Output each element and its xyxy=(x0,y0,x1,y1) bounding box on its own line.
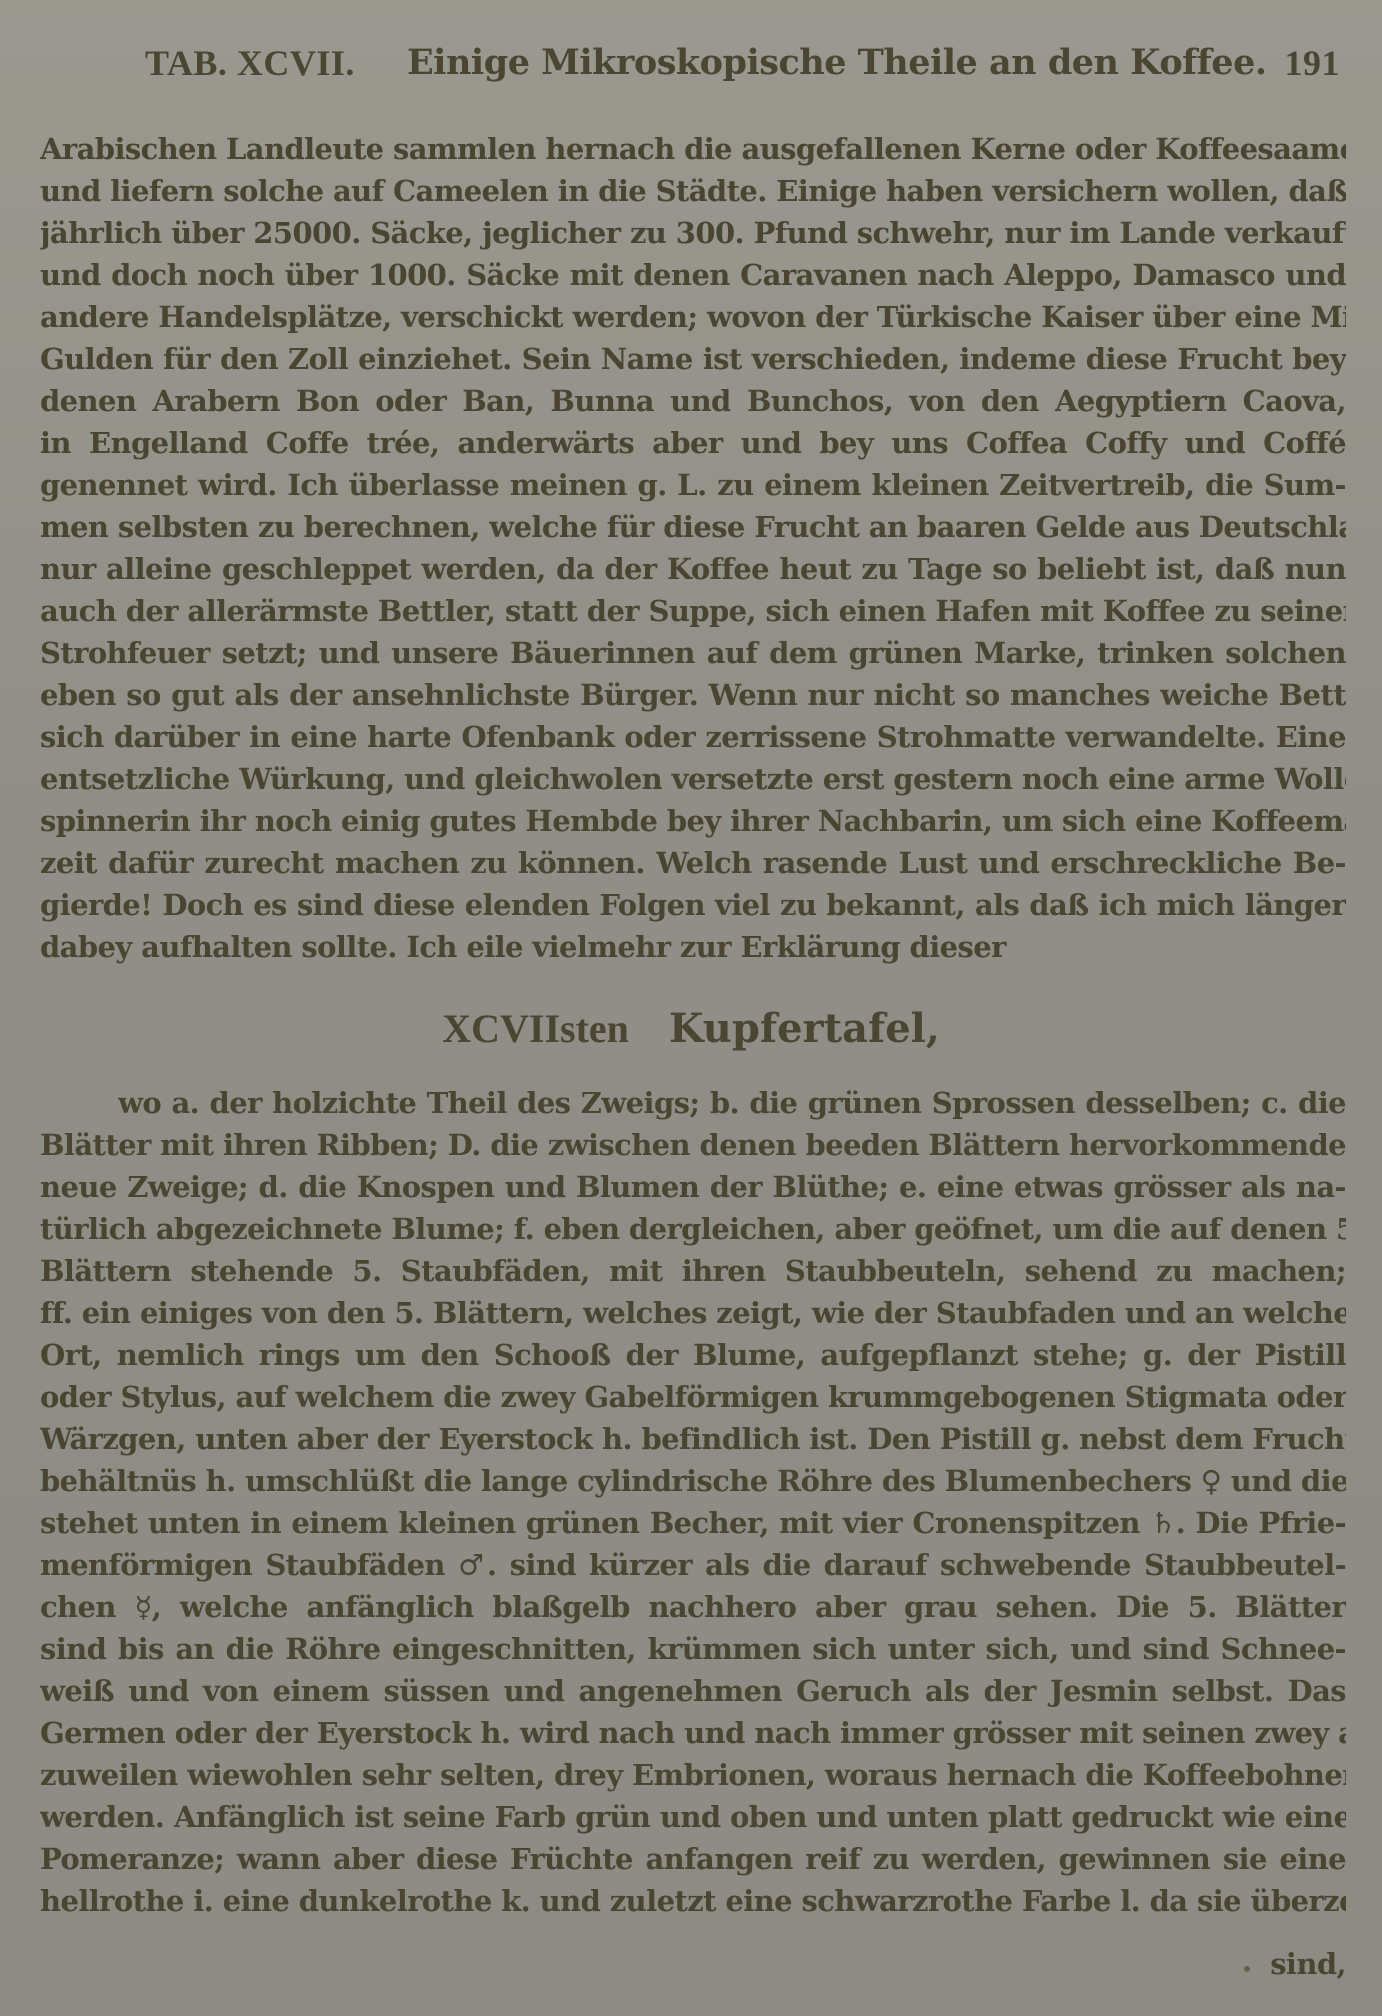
text-line: behältnüs h. umschlüßt die lange cylindr… xyxy=(40,1462,1346,1500)
section-heading: XCVIIstenKupfertafel, xyxy=(0,1005,1382,1052)
text-line: andere Handelsplätze, verschickt werden;… xyxy=(40,298,1346,336)
section-heading-word: Kupfertafel, xyxy=(669,1005,940,1052)
plate-label: TAB. XCVII. xyxy=(145,42,355,84)
text-line: chen ☿, welche anfänglich blaßgelb nachh… xyxy=(40,1588,1346,1626)
text-line: spinnerin ihr noch einig gutes Hembde be… xyxy=(40,802,1346,840)
catchword: sind, xyxy=(40,1945,1346,1983)
text-line: zuweilen wiewohlen sehr selten, drey Emb… xyxy=(40,1756,1346,1794)
text-line: Arabischen Landleute sammlen hernach die… xyxy=(40,130,1346,168)
text-line: Pomeranze; wann aber diese Früchte anfan… xyxy=(40,1840,1346,1878)
text-line: genennet wird. Ich überlasse meinen g. L… xyxy=(40,466,1346,504)
text-line: eben so gut als der ansehnlichste Bürger… xyxy=(40,676,1346,714)
text-line: sind bis an die Röhre eingeschnitten, kr… xyxy=(40,1630,1346,1668)
text-line: nur alleine geschleppet werden, da der K… xyxy=(40,550,1346,588)
text-line: und liefern solche auf Cameelen in die S… xyxy=(40,172,1346,210)
text-line: oder Stylus, auf welchem die zwey Gabelf… xyxy=(40,1378,1346,1416)
text-line: men selbsten zu berechnen, welche für di… xyxy=(40,508,1346,546)
text-line: dabey aufhalten sollte. Ich eile vielmeh… xyxy=(40,928,1346,966)
text-line: gierde! Doch es sind diese elenden Folge… xyxy=(40,886,1346,924)
text-line: Blätter mit ihren Ribben; D. die zwische… xyxy=(40,1126,1346,1164)
text-line: Germen oder der Eyerstock h. wird nach u… xyxy=(40,1714,1346,1752)
text-line: neue Zweige; d. die Knospen und Blumen d… xyxy=(40,1168,1346,1206)
text-line: Wärzgen, unten aber der Eyerstock h. bef… xyxy=(40,1420,1346,1458)
text-line: ff. ein einiges von den 5. Blättern, wel… xyxy=(40,1294,1346,1332)
page-number: 191 xyxy=(1285,42,1341,84)
text-line: Ort, nemlich rings um den Schooß der Blu… xyxy=(40,1336,1346,1374)
text-line: jährlich über 25000. Säcke, jeglicher zu… xyxy=(40,214,1346,252)
text-line: in Engelland Coffe trée, anderwärts aber… xyxy=(40,424,1346,462)
text-line: wo a. der holzichte Theil des Zweigs; b.… xyxy=(118,1084,1346,1122)
text-line: türlich abgezeichnete Blume; f. eben der… xyxy=(40,1210,1346,1248)
text-line: werden. Anfänglich ist seine Farb grün u… xyxy=(40,1798,1346,1836)
text-line: Blättern stehende 5. Staubfäden, mit ihr… xyxy=(40,1252,1346,1290)
text-line: stehet unten in einem kleinen grünen Bec… xyxy=(40,1504,1346,1542)
book-page: TAB. XCVII. Einige Mikroskopische Theile… xyxy=(0,0,1382,2016)
section-heading-numeral: XCVIIsten xyxy=(442,1006,629,1051)
text-line: denen Arabern Bon oder Ban, Bunna und Bu… xyxy=(40,382,1346,420)
text-line: Strohfeuer setzt; und unsere Bäuerinnen … xyxy=(40,634,1346,672)
text-line: auch der allerärmste Bettler, statt der … xyxy=(40,592,1346,630)
text-line: hellrothe i. eine dunkelrothe k. und zul… xyxy=(40,1882,1346,1920)
page-title: Einige Mikroskopische Theile an den Koff… xyxy=(407,42,1267,83)
text-line: sich darüber in eine harte Ofenbank oder… xyxy=(40,718,1346,756)
text-line: Gulden für den Zoll einziehet. Sein Name… xyxy=(40,340,1346,378)
text-line: entsetzliche Würkung, und gleichwolen ve… xyxy=(40,760,1346,798)
running-head: TAB. XCVII. Einige Mikroskopische Theile… xyxy=(145,42,1345,92)
text-line: weiß und von einem süssen und angenehmen… xyxy=(40,1672,1346,1710)
text-line: und doch noch über 1000. Säcke mit denen… xyxy=(40,256,1346,294)
text-line: zeit dafür zurecht machen zu können. Wel… xyxy=(40,844,1346,882)
text-line: menförmigen Staubfäden ♂. sind kürzer al… xyxy=(40,1546,1346,1584)
